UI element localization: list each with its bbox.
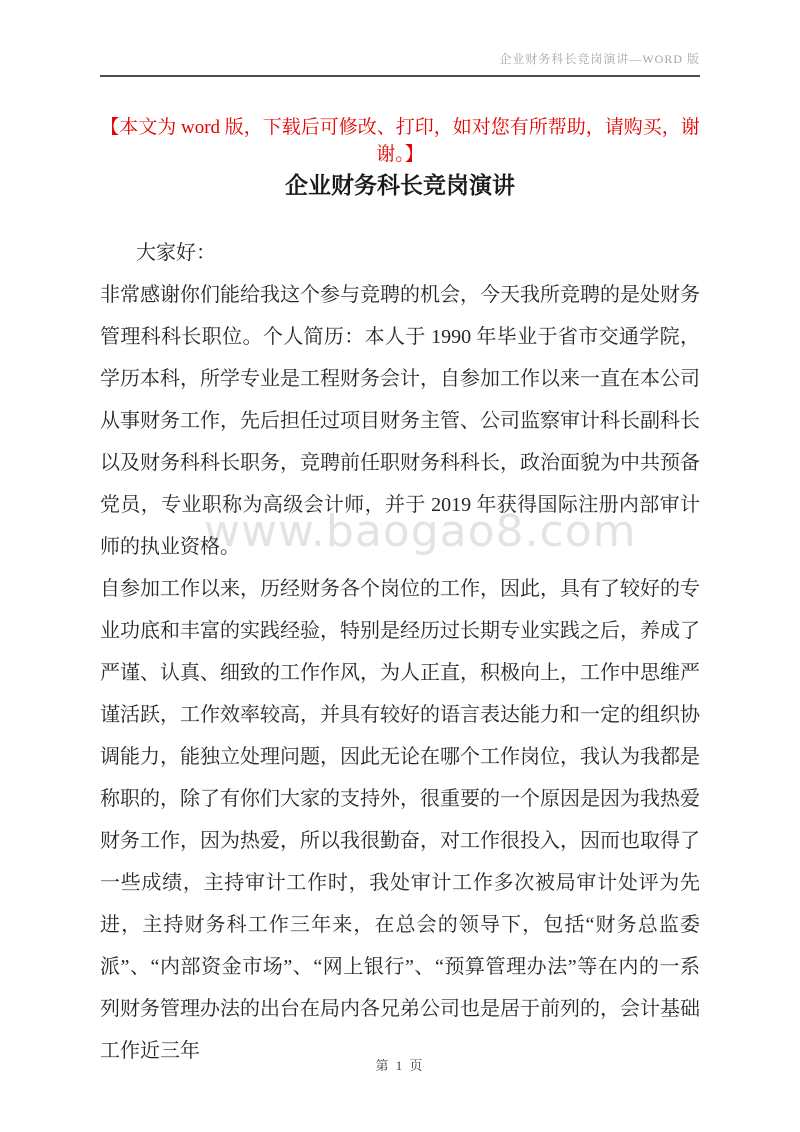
body-paragraph: 自参加工作以来，历经财务各个岗位的工作，因此，具有了较好的专业功底和丰富的实践经… [100,568,700,1072]
word-version-notice: 【本文为 word 版，下载后可修改、打印，如对您有所帮助，请购买，谢谢。】 [96,112,704,166]
document-page: 企业财务科长竞岗演讲—WORD 版 www.baogao8.com 【本文为 w… [0,0,800,1132]
page-number: 第 1 页 [0,1055,800,1074]
greeting-line: 大家好： [100,232,700,274]
document-title: 企业财务科长竞岗演讲 [100,167,700,200]
document-body: 大家好： 非常感谢你们能给我这个参与竞聘的机会，今天我所竞聘的是处财务管理科科长… [100,232,700,1072]
body-paragraph: 非常感谢你们能给我这个参与竞聘的机会，今天我所竞聘的是处财务管理科科长职位。个人… [100,274,700,568]
page-header-running-title: 企业财务科长竞岗演讲—WORD 版 [100,50,700,77]
